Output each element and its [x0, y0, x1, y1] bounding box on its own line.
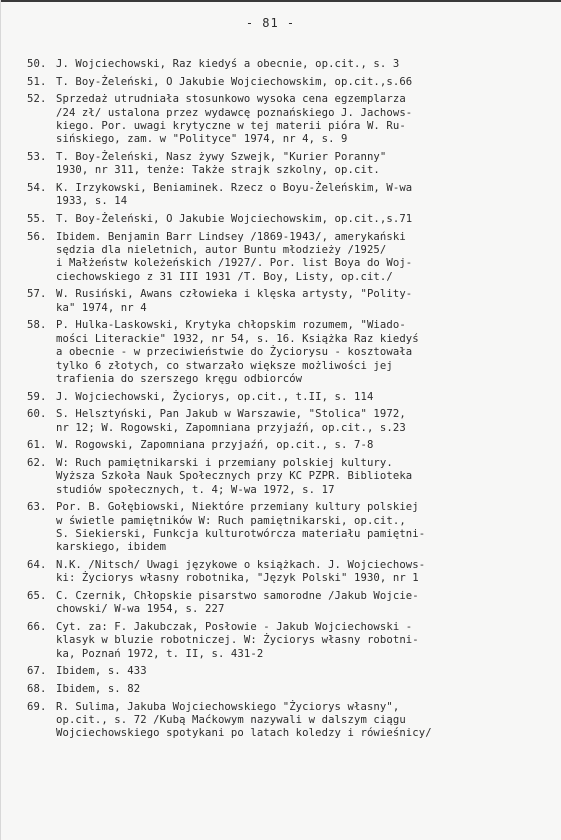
footnote-line: W. Rusiński, Awans człowieka i klęska ar…: [56, 288, 547, 301]
footnote-line: trafienia do szerszego kręgu odbiorców: [56, 373, 547, 386]
footnote-line: S. Siekierski, Funkcja kulturotwórcza ma…: [56, 528, 547, 541]
footnote-line: op.cit., s. 72 /Kubą Maćkowym nazywali w…: [56, 714, 547, 727]
footnote-line: T. Boy-Żeleński, O Jakubie Wojciechowski…: [56, 213, 547, 226]
footnote: 63.Por. B. Gołębiowski, Niektóre przemia…: [27, 501, 547, 555]
footnote: 50.J. Wojciechowski, Raz kiedyś a obecni…: [27, 58, 547, 71]
footnote-line: i Małżeństw koleżeńskich /1927/. Por. li…: [56, 257, 547, 270]
footnote: 52.Sprzedaż utrudniała stosunkowo wysoka…: [27, 93, 547, 147]
footnote-line: Ibidem. Benjamin Barr Lindsey /1869-1943…: [56, 231, 547, 244]
footnote-line: C. Czernik, Chłopskie pisarstwo samorodn…: [56, 590, 547, 603]
footnote: 57.W. Rusiński, Awans człowieka i klęska…: [27, 288, 547, 315]
footnote: 64.N.K. /Nitsch/ Uwagi językowe o książk…: [27, 559, 547, 586]
footnote-number: 52.: [27, 93, 56, 147]
footnote-line: ka, Poznań 1972, t. II, s. 431-2: [56, 648, 547, 661]
footnote-number: 57.: [27, 288, 56, 315]
footnote-line: klasyk w bluzie robotniczej. W: Życiorys…: [56, 634, 547, 647]
footnote-line: W: Ruch pamiętnikarski i przemiany polsk…: [56, 457, 547, 470]
footnote: 67.Ibidem, s. 433: [27, 665, 547, 678]
footnote-line: T. Boy-Żeleński, O Jakubie Wojciechowski…: [56, 76, 547, 89]
footnote-text: W. Rogowski, Zapomniana przyjaźń, op.cit…: [56, 439, 547, 452]
footnote-line: P. Hulka-Laskowski, Krytyka chłopskim ro…: [56, 319, 547, 332]
footnote-number: 69.: [27, 701, 56, 741]
footnote-line: T. Boy-Żeleński, Nasz żywy Szwejk, "Kuri…: [56, 151, 547, 164]
footnote-text: N.K. /Nitsch/ Uwagi językowe o książkach…: [56, 559, 547, 586]
footnote-line: J. Wojciechowski, Życiorys, op.cit., t.I…: [56, 391, 547, 404]
footnote-line: nr 12; W. Rogowski, Zapomniana przyjaźń,…: [56, 422, 547, 435]
footnote-line: sińskiego, zam. w "Polityce" 1974, nr 4,…: [56, 133, 547, 146]
footnote-line: w świetle pamiętników W: Ruch pamiętnika…: [56, 515, 547, 528]
footnote: 61.W. Rogowski, Zapomniana przyjaźń, op.…: [27, 439, 547, 452]
footnote-line: Ibidem, s. 82: [56, 683, 547, 696]
footnote-line: 1930, nr 311, tenże: Także strajk szkoln…: [56, 164, 547, 177]
page-top-border: [0, 0, 561, 2]
footnote-line: Cyt. za: F. Jakubczak, Posłowie - Jakub …: [56, 621, 547, 634]
footnote: 65.C. Czernik, Chłopskie pisarstwo samor…: [27, 590, 547, 617]
footnote: 68.Ibidem, s. 82: [27, 683, 547, 696]
footnote-text: J. Wojciechowski, Raz kiedyś a obecnie, …: [56, 58, 547, 71]
footnote-text: Por. B. Gołębiowski, Niektóre przemiany …: [56, 501, 547, 555]
footnote: 54.K. Irzykowski, Beniaminek. Rzecz o Bo…: [27, 182, 547, 209]
footnote-text: W. Rusiński, Awans człowieka i klęska ar…: [56, 288, 547, 315]
footnote-line: 1933, s. 14: [56, 195, 547, 208]
page-number-text: - 81 -: [246, 16, 295, 30]
footnote-text: T. Boy-Żeleński, Nasz żywy Szwejk, "Kuri…: [56, 151, 547, 178]
footnote-number: 61.: [27, 439, 56, 452]
footnote-line: Wojciechowskiego spotykani po latach kol…: [56, 727, 547, 740]
footnote: 56.Ibidem. Benjamin Barr Lindsey /1869-1…: [27, 231, 547, 285]
footnote-line: mości Literackie" 1932, nr 54, s. 16. Ks…: [56, 333, 547, 346]
footnote-number: 51.: [27, 76, 56, 89]
footnote-text: Ibidem, s. 82: [56, 683, 547, 696]
footnote-line: K. Irzykowski, Beniaminek. Rzecz o Boyu-…: [56, 182, 547, 195]
footnote-number: 63.: [27, 501, 56, 555]
footnote: 55.T. Boy-Żeleński, O Jakubie Wojciechow…: [27, 213, 547, 226]
footnote-number: 68.: [27, 683, 56, 696]
footnote-text: Sprzedaż utrudniała stosunkowo wysoka ce…: [56, 93, 547, 147]
footnote: 59.J. Wojciechowski, Życiorys, op.cit., …: [27, 391, 547, 404]
footnote-text: P. Hulka-Laskowski, Krytyka chłopskim ro…: [56, 319, 547, 386]
footnote: 53.T. Boy-Żeleński, Nasz żywy Szwejk, "K…: [27, 151, 547, 178]
footnote-text: T. Boy-Żeleński, O Jakubie Wojciechowski…: [56, 213, 547, 226]
footnote-line: ki: Życiorys własny robotnika, "Język Po…: [56, 572, 547, 585]
footnote-number: 54.: [27, 182, 56, 209]
footnote-number: 55.: [27, 213, 56, 226]
footnote-line: W. Rogowski, Zapomniana przyjaźń, op.cit…: [56, 439, 547, 452]
footnote-number: 53.: [27, 151, 56, 178]
footnote-text: J. Wojciechowski, Życiorys, op.cit., t.I…: [56, 391, 547, 404]
footnote-line: Ibidem, s. 433: [56, 665, 547, 678]
footnote-number: 60.: [27, 408, 56, 435]
footnote-number: 58.: [27, 319, 56, 386]
footnote-text: Ibidem, s. 433: [56, 665, 547, 678]
footnote-line: sędzia dla nieletnich, autor Buntu młodz…: [56, 244, 547, 257]
footnote-line: /24 zł/ ustalona przez wydawcę poznański…: [56, 107, 547, 120]
footnote-text: T. Boy-Żeleński, O Jakubie Wojciechowski…: [56, 76, 547, 89]
footnote-line: Wyższa Szkoła Nauk Społecznych przy KC P…: [56, 470, 547, 483]
footnote-text: C. Czernik, Chłopskie pisarstwo samorodn…: [56, 590, 547, 617]
footnote-line: kiego. Por. uwagi krytyczne w tej materi…: [56, 120, 547, 133]
footnote-number: 64.: [27, 559, 56, 586]
footnote-line: studiów społecznych, t. 4; W-wa 1972, s.…: [56, 484, 547, 497]
footnote-number: 66.: [27, 621, 56, 661]
footnote: 69.R. Sulima, Jakuba Wojciechowskiego "Ż…: [27, 701, 547, 741]
footnote-line: ciechowskiego z 31 III 1931 /T. Boy, Lis…: [56, 271, 547, 284]
footnote-line: ka" 1974, nr 4: [56, 302, 547, 315]
footnote-text: Cyt. za: F. Jakubczak, Posłowie - Jakub …: [56, 621, 547, 661]
footnote: 58.P. Hulka-Laskowski, Krytyka chłopskim…: [27, 319, 547, 386]
footnote-number: 62.: [27, 457, 56, 497]
footnote-line: S. Helsztyński, Pan Jakub w Warszawie, "…: [56, 408, 547, 421]
footnote-number: 56.: [27, 231, 56, 285]
footnote-text: Ibidem. Benjamin Barr Lindsey /1869-1943…: [56, 231, 547, 285]
footnote-line: a obecnie - w przeciwieństwie do Życiory…: [56, 346, 547, 359]
page-number: - 81 -: [0, 16, 561, 30]
footnote-number: 65.: [27, 590, 56, 617]
footnote-line: karskiego, ibidem: [56, 541, 547, 554]
footnote-line: R. Sulima, Jakuba Wojciechowskiego "Życi…: [56, 701, 547, 714]
footnote: 60.S. Helsztyński, Pan Jakub w Warszawie…: [27, 408, 547, 435]
footnote: 62.W: Ruch pamiętnikarski i przemiany po…: [27, 457, 547, 497]
footnote-number: 59.: [27, 391, 56, 404]
page-left-edge: [0, 0, 1, 840]
footnote-text: R. Sulima, Jakuba Wojciechowskiego "Życi…: [56, 701, 547, 741]
footnote: 66.Cyt. za: F. Jakubczak, Posłowie - Jak…: [27, 621, 547, 661]
footnote-line: J. Wojciechowski, Raz kiedyś a obecnie, …: [56, 58, 547, 71]
footnote-line: Sprzedaż utrudniała stosunkowo wysoka ce…: [56, 93, 547, 106]
footnote-line: Por. B. Gołębiowski, Niektóre przemiany …: [56, 501, 547, 514]
footnote-line: N.K. /Nitsch/ Uwagi językowe o książkach…: [56, 559, 547, 572]
footnote-line: chowski/ W-wa 1954, s. 227: [56, 603, 547, 616]
footnote: 51.T. Boy-Żeleński, O Jakubie Wojciechow…: [27, 76, 547, 89]
footnote-number: 50.: [27, 58, 56, 71]
footnote-text: S. Helsztyński, Pan Jakub w Warszawie, "…: [56, 408, 547, 435]
footnote-line: tylko 6 złotych, co stwarzało większe mo…: [56, 360, 547, 373]
footnote-number: 67.: [27, 665, 56, 678]
footnote-text: K. Irzykowski, Beniaminek. Rzecz o Boyu-…: [56, 182, 547, 209]
footnotes-list: 50.J. Wojciechowski, Raz kiedyś a obecni…: [27, 58, 547, 745]
footnote-text: W: Ruch pamiętnikarski i przemiany polsk…: [56, 457, 547, 497]
